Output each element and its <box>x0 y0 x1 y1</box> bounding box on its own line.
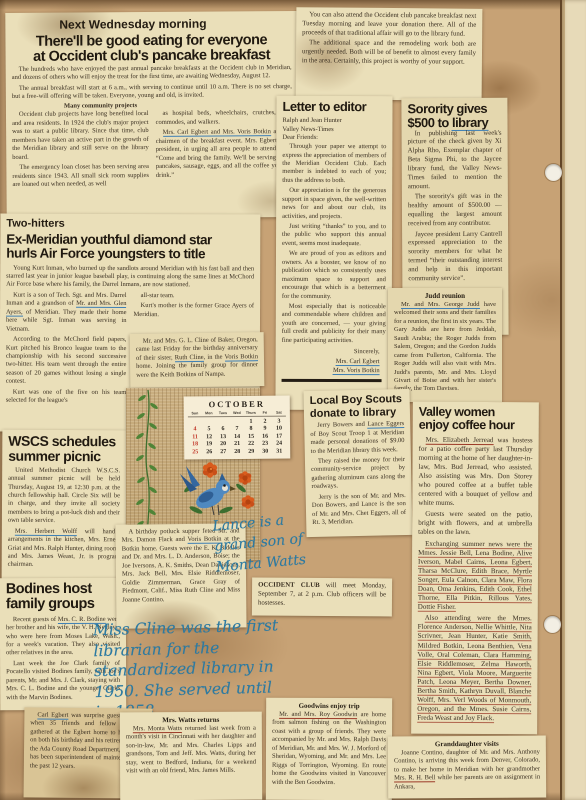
punched-hole <box>545 164 562 181</box>
clipping-cline-visit: Mr. and Mrs. G. L. Cline of Baker, Orego… <box>130 332 265 388</box>
paragraph: Joanne Contino, daughter of Mr. and Mrs.… <box>394 748 540 791</box>
headline: Bodines host family groups <box>6 582 120 613</box>
calendar-day-headers: SunMonTuesWedThursFriSat <box>188 411 286 418</box>
underlined-name: Ruth Cline <box>175 354 204 362</box>
headline: Local Boy Scouts donate to library <box>310 393 405 420</box>
headline-line2: at Occident club's pancake breakfast <box>12 48 292 65</box>
headline-line2: family groups <box>6 597 120 613</box>
paragraph: OCCIDENT CLUB will meet Monday, Septembe… <box>258 582 386 609</box>
underlined-name: Mr. and Mrs. Roy Goodwin <box>279 711 357 719</box>
underlined-word: library <box>452 115 488 131</box>
underlined-name: Mrs. Monta Watts <box>133 725 182 733</box>
calendar-dates: 123 45678910 11121314151617 181920212223… <box>188 418 286 455</box>
headline-line2: summer picnic <box>8 449 120 464</box>
paragraph: Jaycee president Larry Cantrell expresse… <box>408 230 502 283</box>
paragraph: Occident club projects have long benefit… <box>12 110 149 162</box>
kicker: Two-hitters <box>6 218 254 231</box>
paragraph: The annual breakfast will start at 6 a.m… <box>12 83 292 102</box>
underlined-name: Lance Eggers <box>367 420 404 429</box>
clipping-valley-women-coffee: Valley women enjoy coffee hour Mrs. Eliz… <box>411 402 539 735</box>
headline-line2: $500 to library <box>407 116 501 130</box>
paragraph: Mrs. Carl Egbert and Mrs. Voris Botkin a… <box>156 128 293 180</box>
kicker: Next Wednesday morning <box>59 16 291 32</box>
headline-line2: enjoy coffee hour <box>419 419 533 433</box>
headline: WSCS schedules summer picnic <box>8 434 120 464</box>
underlined-name: Mrs. Elizabeth Jerread <box>426 435 494 444</box>
clipping-also-attend: You can also attend the Occident club pa… <box>296 7 483 101</box>
signature: Mrs. Carl Egbert <box>336 358 380 366</box>
headline-line2: donate to library <box>310 406 404 421</box>
item-header: Goodwins enjoy trip <box>272 702 386 710</box>
paragraph: Mrs. Elizabeth Jerread was hostess for a… <box>418 435 532 508</box>
paragraph: The hundreds who have enjoyed the past a… <box>12 64 292 83</box>
paragraph: Our appreciation is for the generous sup… <box>282 187 386 221</box>
paragraph: as hospital beds, wheelchairs, crutches,… <box>155 109 292 127</box>
paragraph: You can also attend the Occident club pa… <box>302 11 476 39</box>
paragraph: Kurt's mother is the former Grace Ayers … <box>134 302 255 319</box>
paragraph: Just writing “thanks” to you, and to the… <box>282 223 386 249</box>
underlined-name: Mrs. Herbert Wolff <box>15 527 77 535</box>
paragraph: Mr. and Mrs. Roy Goodwin are home from s… <box>272 711 386 787</box>
paragraph: The emergency loan closet has been servi… <box>12 163 149 189</box>
clipping-goodwins-trip: Goodwins enjoy trip Mr. and Mrs. Roy Goo… <box>266 698 392 800</box>
clipping-letter-to-editor: Letter to editor Ralph and Jean Hunter V… <box>275 96 392 410</box>
headline-line1: Bodines host <box>6 582 120 598</box>
paragraph: Most especially that is noticeable and c… <box>282 303 386 346</box>
scrapbook-page: Next Wednesday morning There'll be good … <box>0 0 586 800</box>
underlined-names: Mr. and Mrs. George Judd <box>401 301 480 309</box>
clipping-wscs-picnic: WSCS schedules summer picnic United Meth… <box>2 430 127 581</box>
paragraph: Mr. and Mrs. George Judd have welcomed t… <box>394 301 496 394</box>
headline: Sorority gives $500 to library <box>407 102 501 130</box>
byline: Ralph and Jean Hunter Valley News-Times … <box>282 117 386 144</box>
paragraph: Through your paper we attempt to express… <box>282 143 386 186</box>
paragraph: Kurt was one of the five on his team sel… <box>6 388 127 405</box>
clipping-pancake-breakfast: Next Wednesday morning There'll be good … <box>5 11 298 219</box>
album-page-edge <box>560 0 586 800</box>
underlined-name: Carl Egbert <box>37 711 68 719</box>
punched-hole <box>544 616 561 633</box>
underlined-name: Mrs. R. H. Bell <box>394 775 435 783</box>
paragraph: Mrs. Herbert Wolff will handle arrangeme… <box>8 527 120 570</box>
headline: There'll be good eating for everyone at … <box>11 33 291 66</box>
calendar-title: OCTOBER <box>188 399 286 410</box>
headline-line2: hurls Air Force youngsters to title <box>6 247 254 262</box>
paragraph: The additional space and the remodeling … <box>302 40 476 68</box>
item-header: Mrs. Watts returns <box>126 716 256 725</box>
paragraph-marked-names: Exchanging summer news were the Mmes. Je… <box>418 539 532 612</box>
headline: Ex-Meridian youthful diamond star hurls … <box>6 233 254 262</box>
paragraph: The sorority's gift was in the healthy a… <box>408 193 502 229</box>
paragraph: They raised the money for their communit… <box>311 456 406 492</box>
paragraph: Jerry Bowers and Lance Eggers of Boy Sco… <box>310 420 405 456</box>
rule-divider <box>282 379 382 382</box>
item-header: Granddaughter visits <box>394 739 540 748</box>
bold-lead: OCCIDENT CLUB <box>258 582 320 589</box>
item-header: Judd reunion <box>394 292 496 300</box>
underlined-names: Mrs. Carl Egbert and Mrs. Voris Botkin <box>163 129 271 138</box>
clipping-granddaughter-visits: Granddaughter visits Joanne Contino, dau… <box>388 735 546 798</box>
headline: Letter to editor <box>282 100 386 114</box>
paragraph: According to the McChord field papers, K… <box>6 336 127 387</box>
signature-block: Sincerely, Mrs. Carl Egbert Mrs. Voris B… <box>282 347 386 376</box>
paragraph-marked-names: Also attending were the Mmes. Florence A… <box>417 614 532 724</box>
headline: Valley women enjoy coffee hour <box>419 406 533 433</box>
signature: Mrs. Voris Botkin <box>333 367 380 375</box>
paragraph: Kurt is a son of Tech. Sgt. and Mrs. Dar… <box>6 291 127 334</box>
paragraph: Mr. and Mrs. G. L. Cline of Baker, Orego… <box>136 336 259 380</box>
clipping-watts-returns: Mrs. Watts returns Mrs. Monta Watts retu… <box>120 712 262 800</box>
paragraph: all-star team. <box>134 292 255 301</box>
october-calendar: OCTOBER SunMonTuesWedThursFriSat 123 456… <box>184 396 291 459</box>
paragraph: Young Kurt Inman, who burned up the sand… <box>6 264 254 290</box>
paragraph: United Methodist Church W.S.C.S. annual … <box>8 466 120 526</box>
underlined-name: Voris Botkin <box>224 353 258 361</box>
paragraph: We are proud of you as editors and owner… <box>282 250 386 301</box>
paragraph: Mrs. Monta Watts returned last week from… <box>126 725 256 776</box>
paragraph: Guests were seated on the patio, bright … <box>418 510 532 538</box>
paragraph: In publishing last week's picture of the… <box>408 129 502 191</box>
clipping-occident-club-notice: OCCIDENT CLUB will meet Monday, Septembe… <box>252 578 392 617</box>
clipping-judd-reunion: Judd reunion Mr. and Mrs. George Judd ha… <box>388 288 502 402</box>
